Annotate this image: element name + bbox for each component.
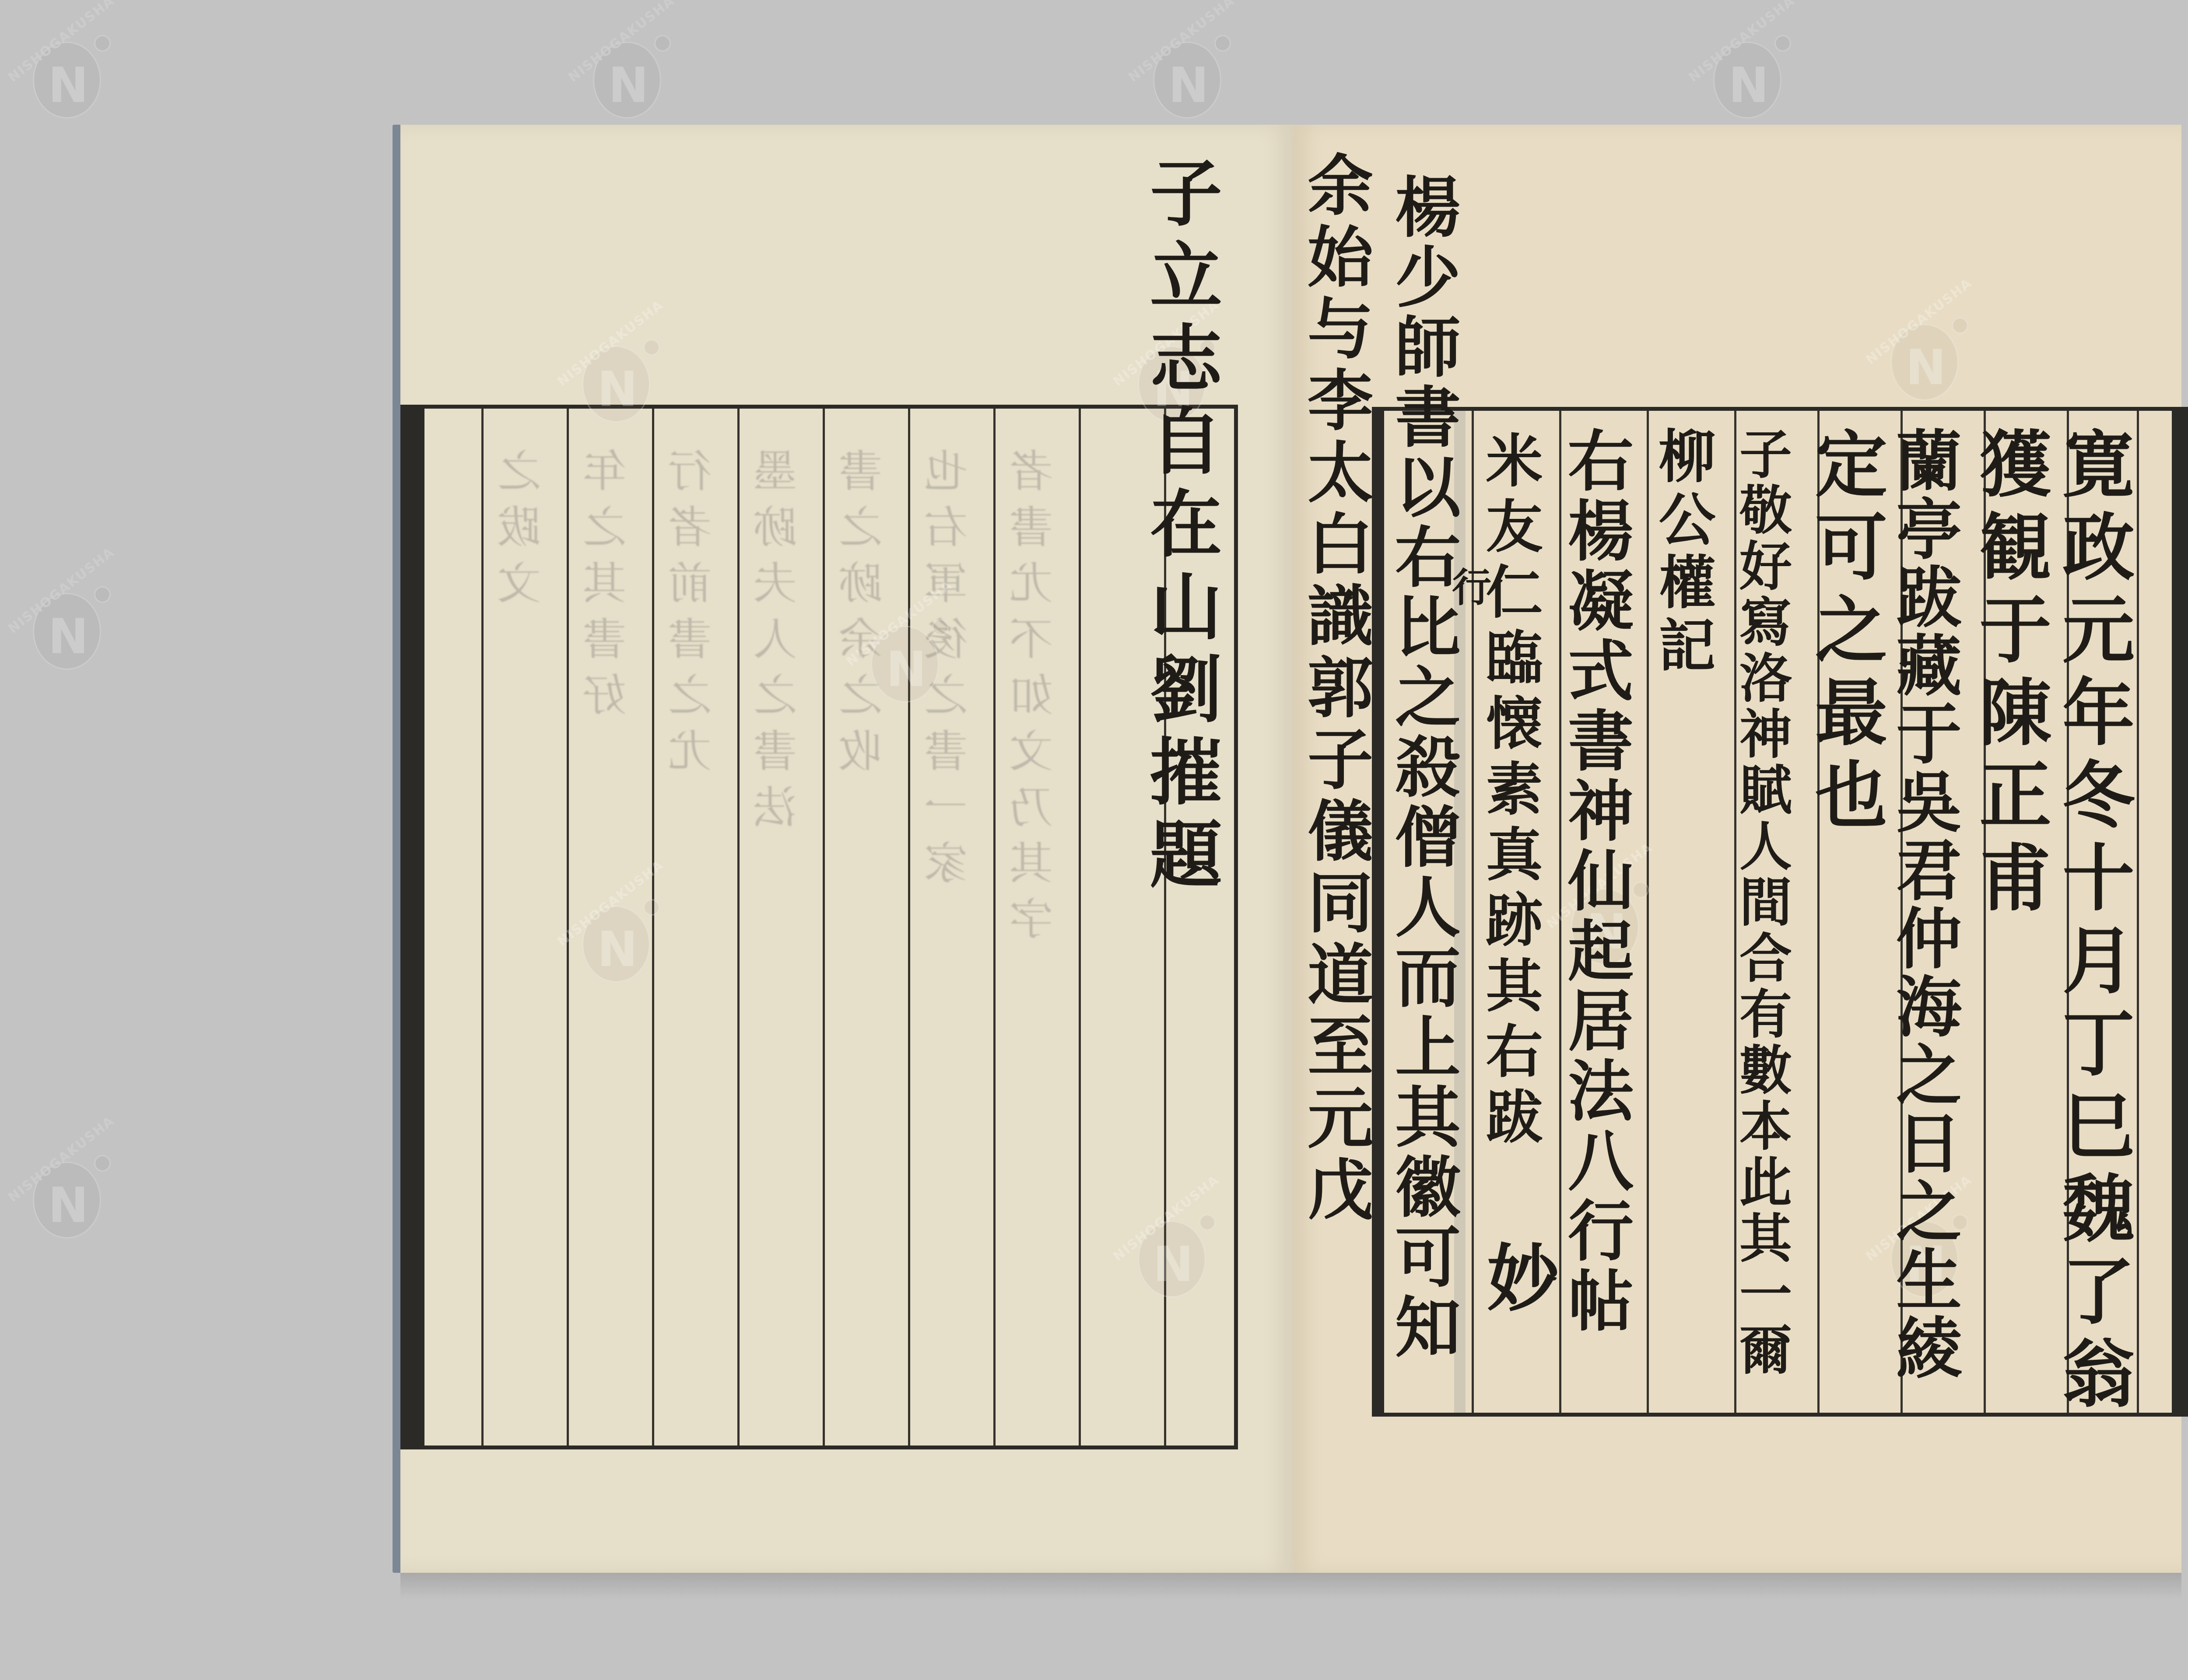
calligraphy-column-3: 蘭亭跋藏于吳君仲海之日之生綾 (1890, 427, 1956, 1382)
watermark-logo: NNISHOGAKUSHA (1698, 17, 1799, 118)
calligraphy-column-6: 柳公權記 (1654, 427, 1711, 679)
column-rule (737, 409, 740, 1445)
column-rule (823, 409, 825, 1445)
calligraphy-column-9: 楊少師書以右比之殺僧人而上其徽可知 (1389, 173, 1455, 1363)
calligraphy-column-10: 余始与李太白識郭子儀同道至元戊 (1302, 151, 1367, 1227)
calligraphy-column-2: 獲観于陳正甫 (1974, 427, 2046, 923)
bleed-through-text: 墨跡夫人之書法 (757, 448, 801, 840)
column-rule (1472, 411, 1474, 1413)
calligraphy-column: 子立志自在山劉摧題 (1144, 155, 1217, 899)
left-page-frame: 者書尤不如文乃其字 也右軍後之書一家 書之跡余之收 墨跡夫人之書法 行者前書之尤… (400, 405, 1238, 1449)
calligraphy-column-5: 子敬好寫洛神賦人間合有數本此其一爾 (1735, 427, 1788, 1379)
bleed-through-text: 行者前書之尤 (672, 448, 715, 784)
right-page: NNISHOGAKUSHA NNISHOGAKUSHA NNISHOGAKUSH… (1293, 125, 2181, 1573)
bleed-through-text: 年之其書好 (586, 448, 630, 728)
book-shadow (400, 1573, 2181, 1599)
watermark-logo: NNISHOGAKUSHA (18, 17, 118, 118)
watermark-logo: NNISHOGAKUSHA (567, 322, 667, 422)
column-rule (481, 409, 484, 1445)
column-rule (2137, 411, 2139, 1413)
watermark-logo: NNISHOGAKUSHA (1138, 17, 1238, 118)
column-rule (993, 409, 996, 1445)
bleed-through-text: 者書尤不如文乃其字 (1013, 448, 1057, 952)
watermark-logo: NNISHOGAKUSHA (578, 17, 678, 118)
column-rule (908, 409, 910, 1445)
calligraphy-column-8: 米友仁臨懐素真跡其右跋 (1481, 431, 1538, 1153)
calligraphy-column-4: 定可之最也 (1809, 427, 1882, 840)
watermark-logo: NNISHOGAKUSHA (1875, 300, 1976, 400)
open-book: 者書尤不如文乃其字 也右軍後之書一家 書之跡余之收 墨跡夫人之書法 行者前書之尤… (400, 125, 2181, 1573)
calligraphy-column-7: 右楊凝式書神仙起居法八行帖 (1562, 427, 1628, 1337)
watermark-logo: NNISHOGAKUSHA (567, 882, 667, 982)
watermark-logo: NNISHOGAKUSHA (1122, 1197, 1223, 1297)
column-rule (1079, 409, 1081, 1445)
watermark-logo: NNISHOGAKUSHA (18, 569, 118, 669)
watermark-logo: NNISHOGAKUSHA (856, 602, 956, 702)
calligraphy-column-8-end: 妙 (1481, 1240, 1553, 1323)
watermark-logo: NNISHOGAKUSHA (18, 1137, 118, 1238)
calligraphy-column-1: 寛政元年冬十月丁巳魏了翁 (2057, 427, 2129, 1419)
bleed-through-text: 之跋文 (501, 448, 545, 616)
left-page: 者書尤不如文乃其字 也右軍後之書一家 書之跡余之收 墨跡夫人之書法 行者前書之尤… (400, 125, 1293, 1573)
